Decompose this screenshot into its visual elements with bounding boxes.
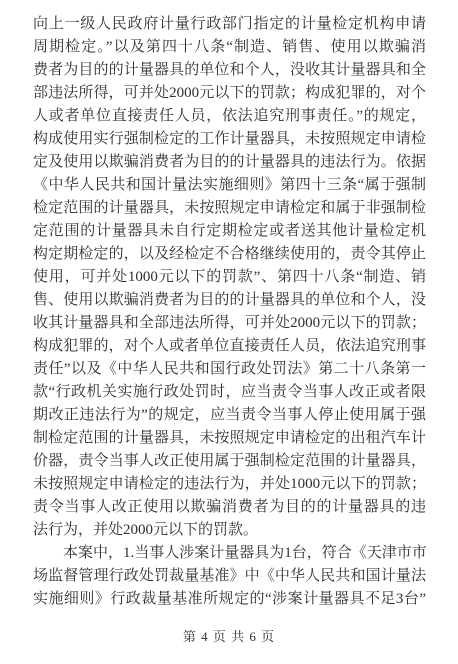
text-line: 构成犯罪的，对个人或者单位直接责任人员，依法追究刑事 <box>33 335 426 358</box>
text-line: 责任”以及《中华人民共和国行政处罚法》第二十八条第一 <box>33 358 426 381</box>
text-line: 场监督管理行政处罚裁量基准》中《中华人民共和国计量法 <box>33 565 426 588</box>
text-line: 使用，可并处1000元以下的罚款”、第四十八条“制造、销 <box>33 266 426 289</box>
text-line: 法行为，并处2000元以下的罚款。 <box>33 519 426 542</box>
document-page: 向上一级人民政府计量行政部门指定的计量检定机构申请 周期检定。”以及第四十八条“… <box>0 0 458 664</box>
text-line: 《中华人民共和国计量法实施细则》第四十三条“属于强制 <box>33 174 426 197</box>
text-line: 构定期检定的，以及经检定不合格继续使用的，责令其停止 <box>33 243 426 266</box>
text-line: 构成使用实行强制检定的工作计量器具，未按照规定申请检 <box>33 128 426 151</box>
document-body-text: 向上一级人民政府计量行政部门指定的计量检定机构申请 周期检定。”以及第四十八条“… <box>33 13 426 611</box>
text-line: 售、使用以欺骗消费者为目的的计量器具的单位和个人，没 <box>33 289 426 312</box>
text-line: 定范围的计量器具未自行定期检定或者送其他计量检定机 <box>33 220 426 243</box>
text-line: 向上一级人民政府计量行政部门指定的计量检定机构申请 <box>33 13 426 36</box>
text-line: 本案中，1.当事人涉案计量器具为1台，符合《天津市市 <box>33 542 426 565</box>
text-line: 收其计量器具和全部违法所得，可并处2000元以下的罚款； <box>33 312 426 335</box>
text-line: 实施细则》行政裁量基准所规定的“涉案计量器具不足3台” <box>33 588 426 611</box>
text-line: 期改正违法行为”的规定，应当责令当事人停止使用属于强 <box>33 404 426 427</box>
text-line: 检定范围的计量器具，未按照规定申请检定和属于非强制检 <box>33 197 426 220</box>
text-line: 款“行政机关实施行政处罚时，应当责令当事人改正或者限 <box>33 381 426 404</box>
text-line: 制检定范围的计量器具，未按照规定申请检定的出租汽车计 <box>33 427 426 450</box>
text-line: 未按照规定申请检定的违法行为，并处1000元以下的罚款； <box>33 473 426 496</box>
page-number-footer: 第 4 页 共 6 页 <box>0 626 458 645</box>
text-line: 价器，责令当事人改正使用属于强制检定范围的计量器具， <box>33 450 426 473</box>
text-line: 费者为目的的计量器具的单位和个人，没收其计量器具和全 <box>33 59 426 82</box>
text-line: 人或者单位直接责任人员，依法追究刑事责任。”的规定， <box>33 105 426 128</box>
text-line: 定及使用以欺骗消费者为目的的计量器具的违法行为。依据 <box>33 151 426 174</box>
text-line: 周期检定。”以及第四十八条“制造、销售、使用以欺骗消 <box>33 36 426 59</box>
text-line: 责令当事人改正使用以欺骗消费者为目的的计量器具的违 <box>33 496 426 519</box>
text-line: 部违法所得，可并处2000元以下的罚款；构成犯罪的，对个 <box>33 82 426 105</box>
